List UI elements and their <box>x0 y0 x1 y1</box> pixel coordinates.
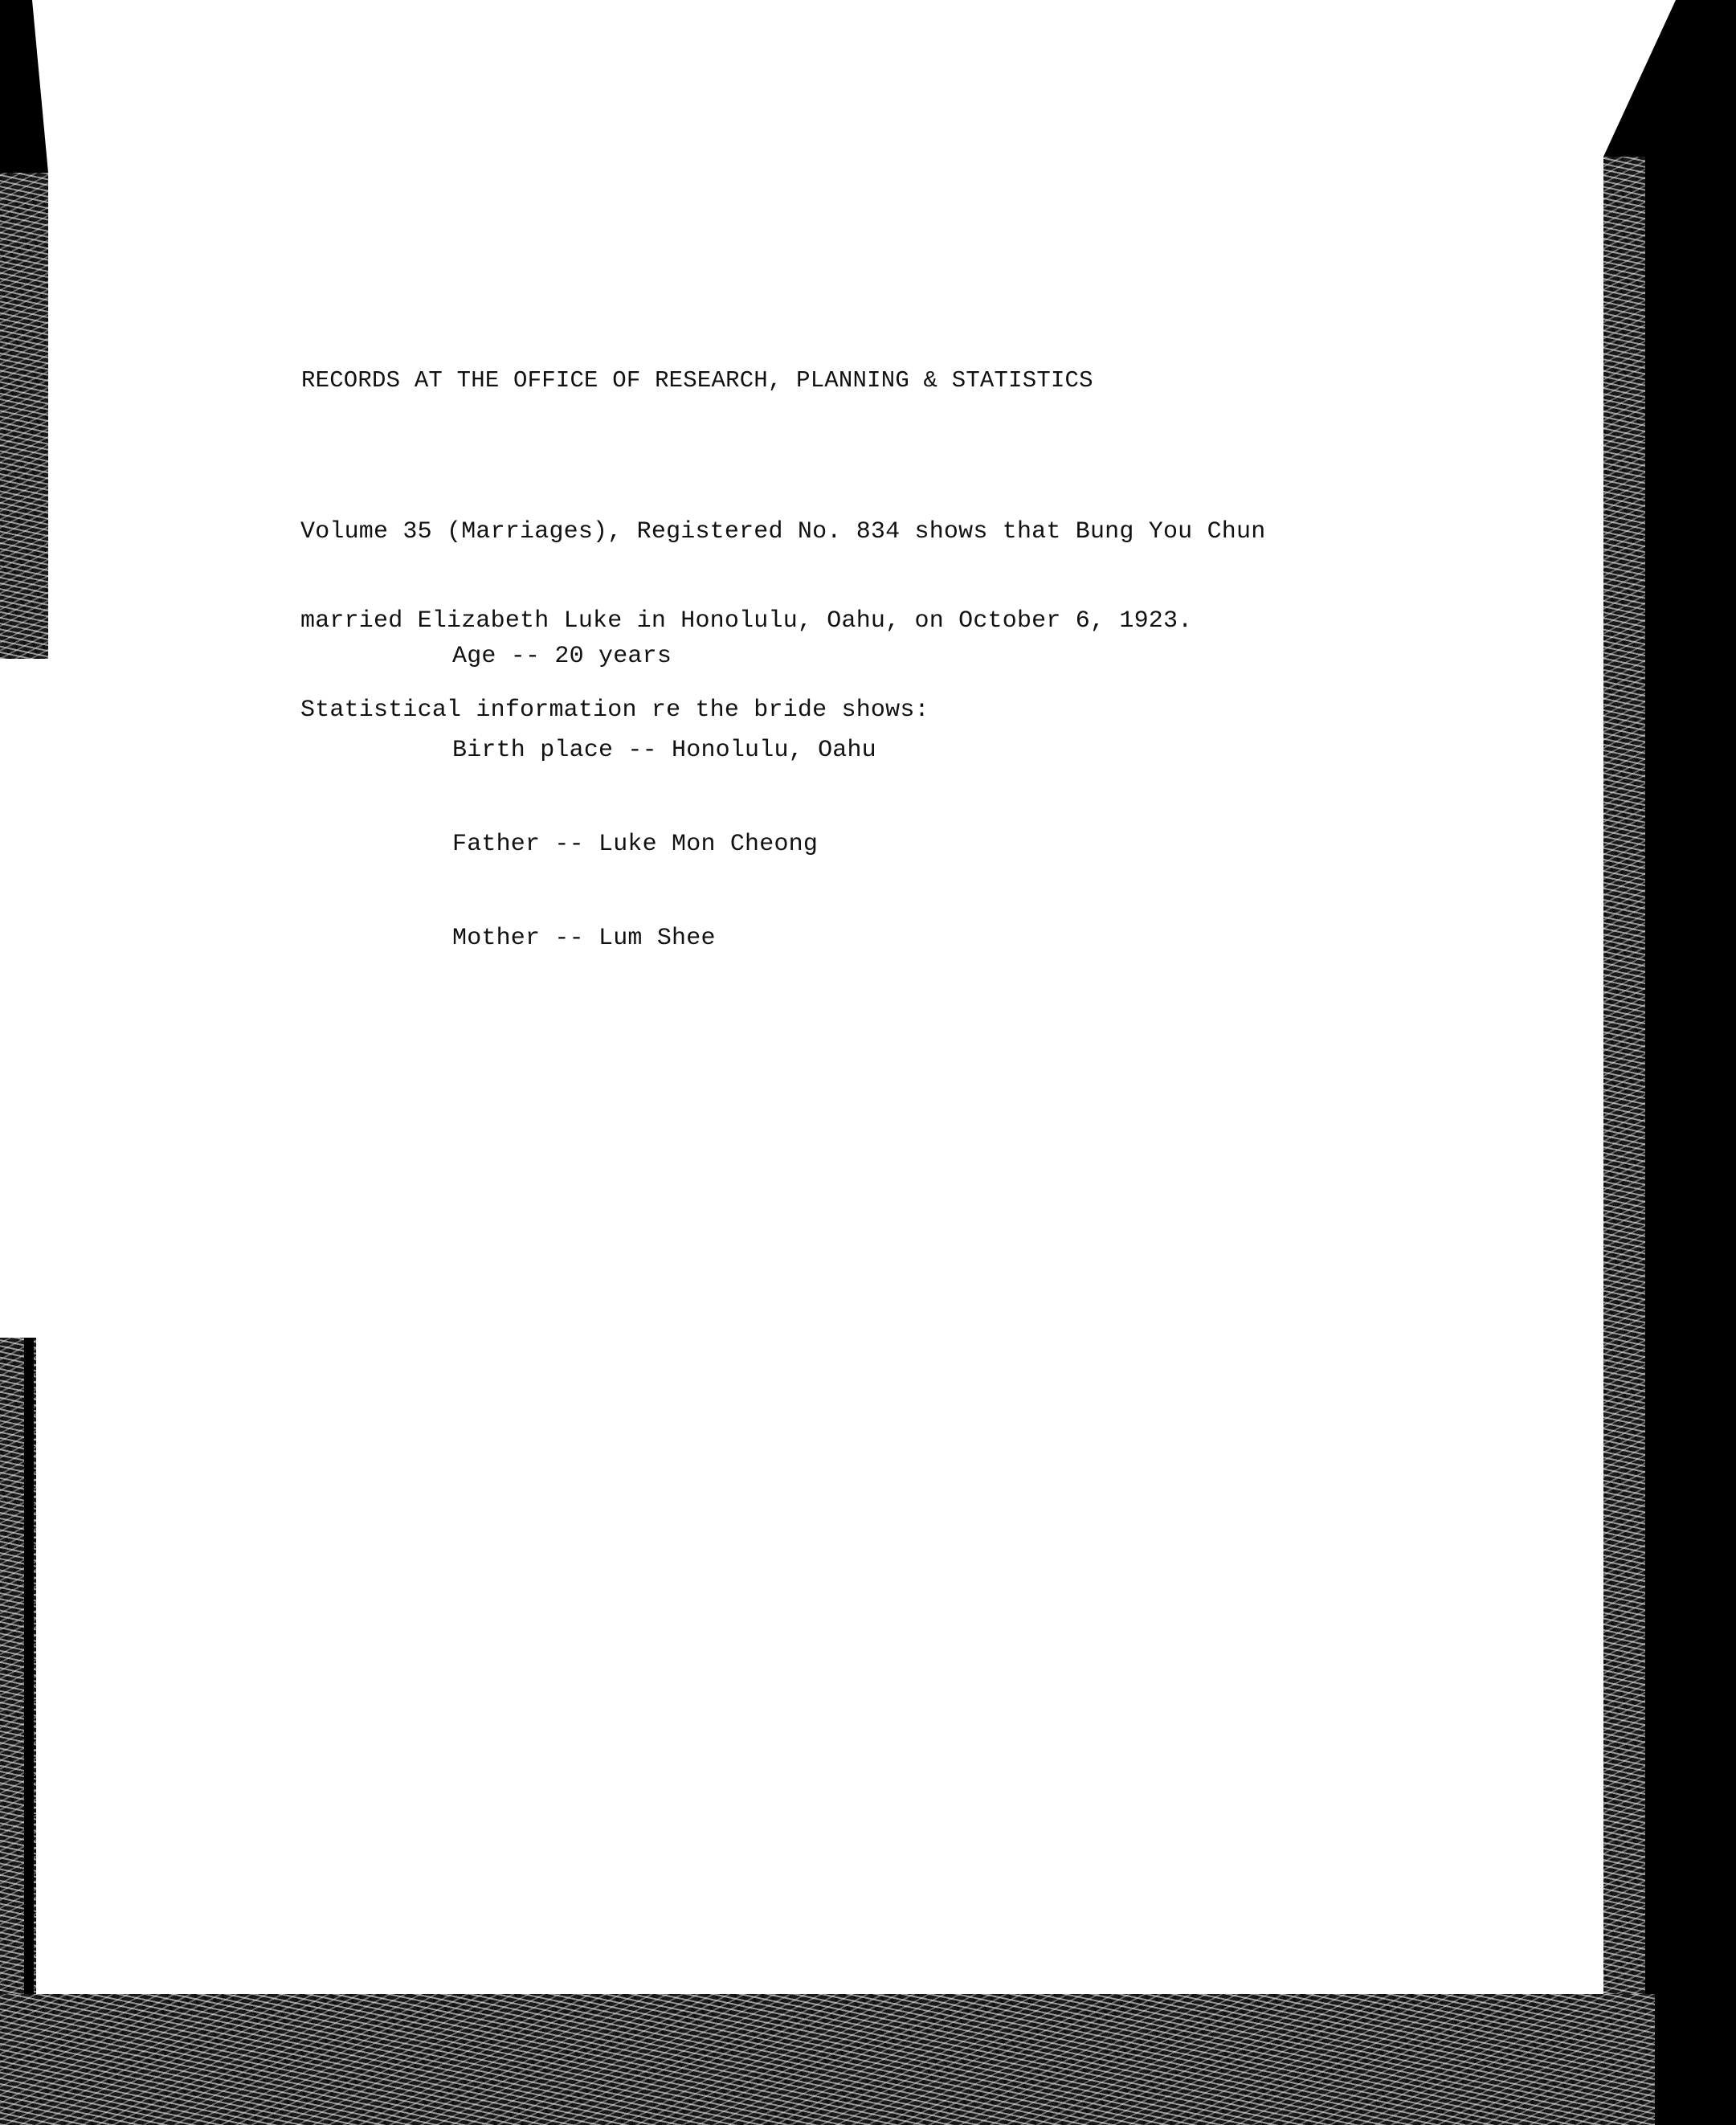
detail-age: Age -- 20 years <box>452 641 876 672</box>
scan-border-left-upper <box>0 173 48 659</box>
scan-border-right-strip <box>1603 157 1645 2004</box>
detail-mother: Mother -- Lum Shee <box>452 923 876 954</box>
page-title: RECORDS AT THE OFFICE OF RESEARCH, PLANN… <box>301 366 1093 395</box>
paragraph-line: Volume 35 (Marriages), Registered No. 83… <box>300 517 1265 547</box>
bride-details-list: Age -- 20 years Birth place -- Honolulu,… <box>452 578 876 986</box>
scan-border-bottom <box>0 1994 1655 2125</box>
scan-border-left-edge <box>24 1338 34 1996</box>
scan-border-left-top <box>0 0 48 173</box>
detail-birth-place: Birth place -- Honolulu, Oahu <box>452 735 876 766</box>
detail-father: Father -- Luke Mon Cheong <box>452 829 876 860</box>
